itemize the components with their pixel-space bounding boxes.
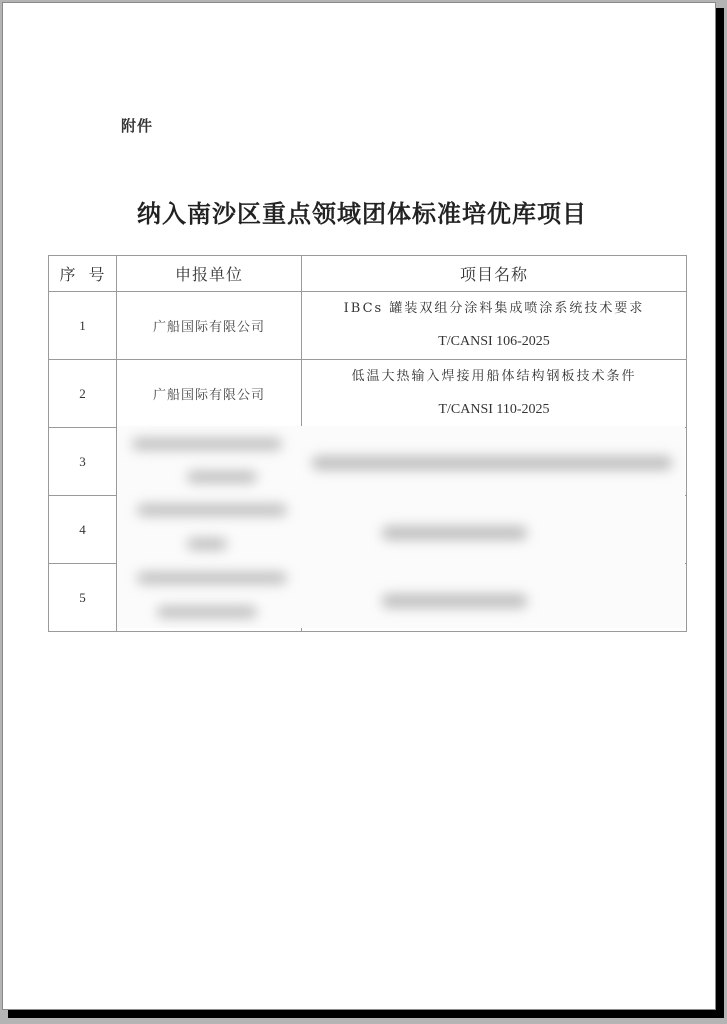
project-name: 低温大热输入焊接用船体结构钢板技术条件	[302, 368, 686, 386]
row-unit: 广船国际有限公司	[117, 360, 302, 428]
redacted-region	[117, 426, 685, 628]
row-seq: 5	[49, 564, 117, 632]
row-project: 低温大热输入焊接用船体结构钢板技术条件 T/CANSI 110-2025	[302, 360, 687, 428]
header-project-name: 项目名称	[302, 256, 687, 292]
redaction-blur	[132, 438, 282, 450]
table-row: 1 广船国际有限公司 IBCs 罐装双组分涂料集成喷涂系统技术要求 T/CANS…	[49, 292, 687, 360]
standard-number: T/CANSI 106-2025	[302, 333, 686, 351]
redaction-blur	[137, 504, 287, 516]
attachment-label: 附件	[121, 115, 153, 136]
row-unit: 广船国际有限公司	[117, 292, 302, 360]
row-seq: 1	[49, 292, 117, 360]
redaction-blur	[382, 594, 527, 608]
redaction-blur	[187, 538, 227, 550]
table-header-row: 序 号 申报单位 项目名称	[49, 256, 687, 292]
redaction-blur	[137, 572, 287, 584]
redaction-blur	[187, 471, 257, 483]
redaction-blur	[382, 526, 527, 540]
row-seq: 3	[49, 428, 117, 496]
document-title: 纳入南沙区重点领域团体标准培优库项目	[3, 194, 715, 229]
row-project: IBCs 罐装双组分涂料集成喷涂系统技术要求 T/CANSI 106-2025	[302, 292, 687, 360]
project-name: IBCs 罐装双组分涂料集成喷涂系统技术要求	[302, 300, 686, 318]
header-unit: 申报单位	[117, 256, 302, 292]
row-seq: 2	[49, 360, 117, 428]
redaction-blur	[157, 606, 257, 618]
row-seq: 4	[49, 496, 117, 564]
header-seq: 序 号	[49, 256, 117, 292]
table-row: 2 广船国际有限公司 低温大热输入焊接用船体结构钢板技术条件 T/CANSI 1…	[49, 360, 687, 428]
redaction-blur	[312, 456, 672, 470]
standard-number: T/CANSI 110-2025	[302, 401, 686, 419]
